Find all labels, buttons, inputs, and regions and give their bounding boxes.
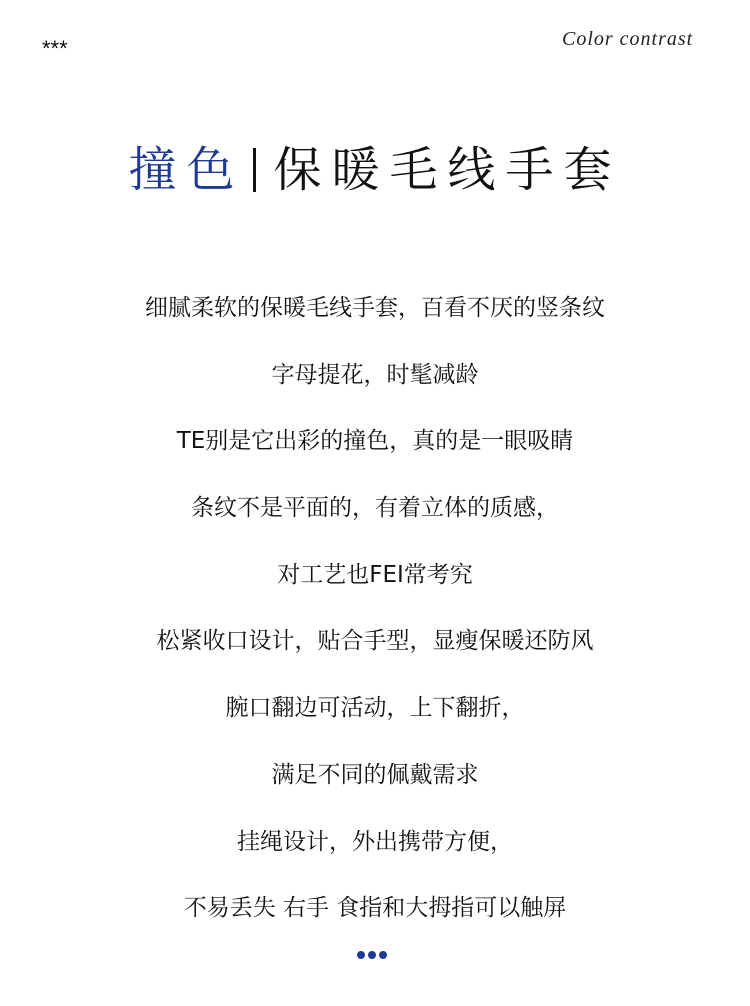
description-line: TE别是它出彩的撞色，真的是一眼吸睛 — [0, 423, 750, 490]
description-line: 字母提花，时髦减龄 — [0, 357, 750, 424]
page-title: 撞色保暖毛线手套 — [0, 138, 750, 202]
script-label: Color contrast — [562, 28, 693, 51]
dot-icon — [368, 951, 376, 959]
decorative-stars: *** — [42, 36, 68, 62]
ellipsis-dots-icon — [357, 951, 387, 959]
title-accent: 撞色 — [128, 142, 244, 198]
dot-icon — [379, 951, 387, 959]
title-main: 保暖毛线手套 — [274, 142, 622, 198]
description-line: 腕口翻边可活动，上下翻折， — [0, 690, 750, 757]
description-line: 条纹不是平面的，有着立体的质感， — [0, 490, 750, 557]
description-line: 细腻柔软的保暖毛线手套，百看不厌的竖条纹 — [0, 290, 750, 357]
dot-icon — [357, 951, 365, 959]
description-line: 挂绳设计，外出携带方便， — [0, 824, 750, 891]
description-line: 对工艺也FEI常考究 — [0, 557, 750, 624]
description-text: 细腻柔软的保暖毛线手套，百看不厌的竖条纹 字母提花，时髦减龄 TE别是它出彩的撞… — [0, 290, 750, 957]
description-line: 满足不同的佩戴需求 — [0, 757, 750, 824]
title-divider — [253, 148, 256, 192]
description-line: 不易丢失 右手 食指和大拇指可以触屏 — [0, 890, 750, 957]
description-line: 松紧收口设计，贴合手型，显瘦保暖还防风 — [0, 623, 750, 690]
